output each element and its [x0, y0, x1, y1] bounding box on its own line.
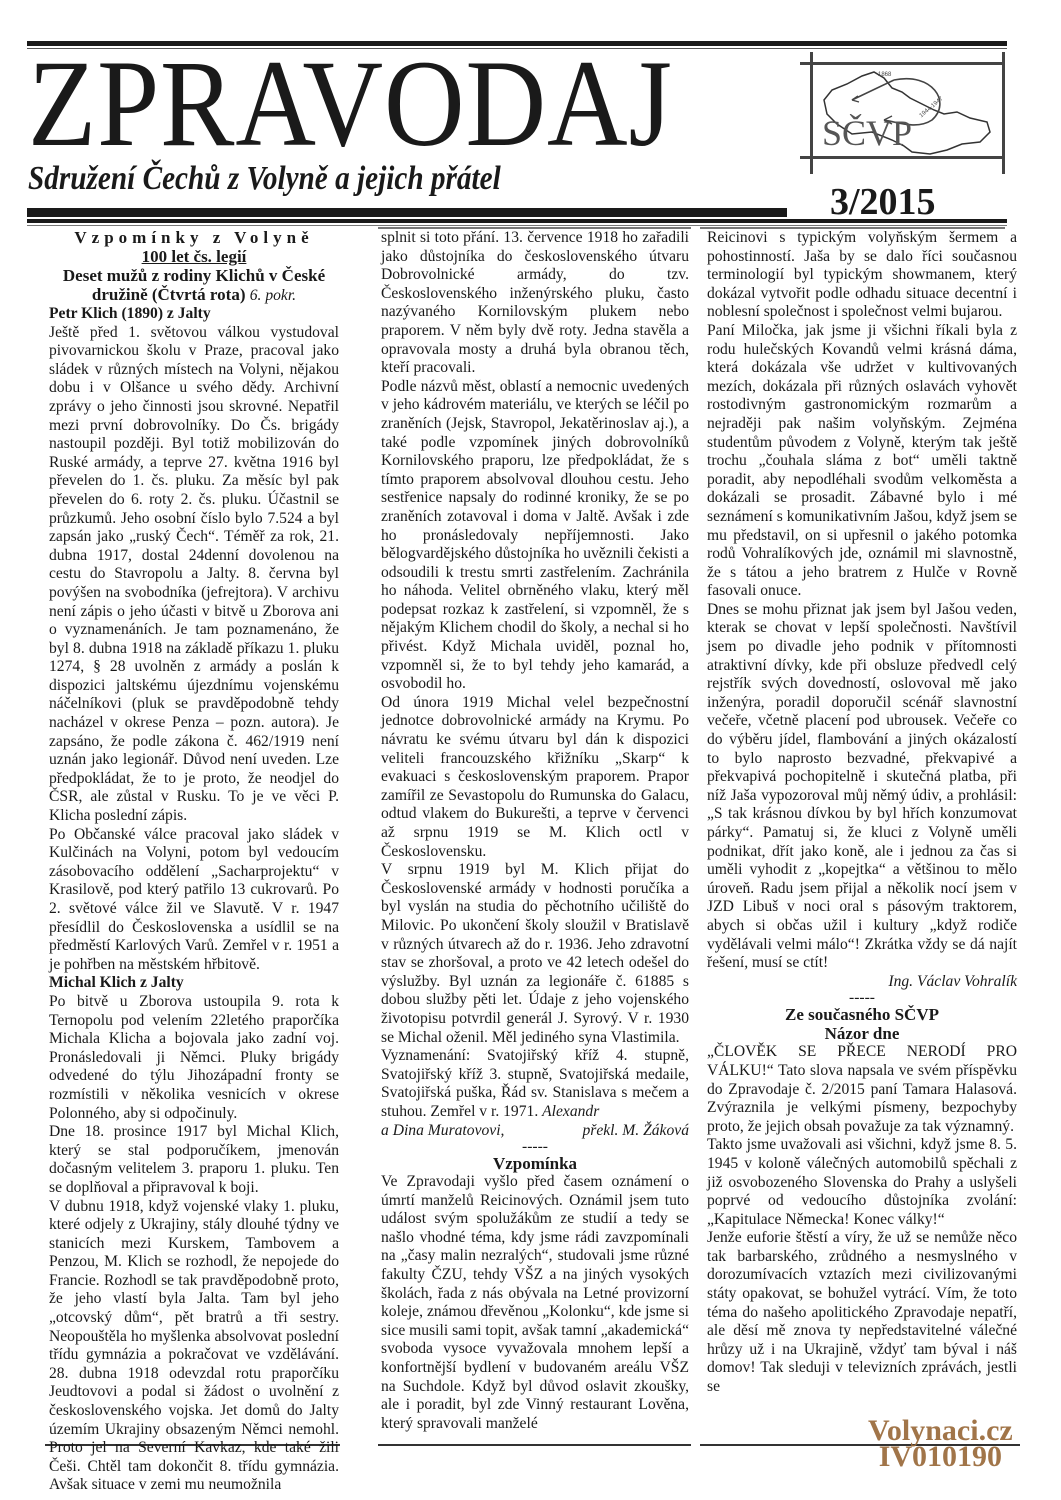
paragraph: Ve Zpravodaji vyšlo před časem oznámení … — [381, 1173, 689, 1433]
watermark-id: IV010190 — [868, 1444, 1013, 1470]
separator: ----- — [707, 991, 1017, 1005]
svg-text:1868: 1868 — [878, 72, 892, 78]
article-title: Deset mužů z rodiny Klichů v České druži… — [49, 266, 339, 305]
masthead-bottom-rule — [27, 208, 787, 217]
paragraph: Paní Miločka, jak jsme ji všichni říkali… — [707, 322, 1017, 601]
article-part: 6. pokr. — [250, 287, 296, 304]
paragraph: Jenže euforie štěstí a víry, že už se ne… — [707, 1229, 1017, 1396]
paragraph: V srpnu 1919 byl M. Klich přijat do Česk… — [381, 861, 689, 1047]
paragraph: Podle názvů měst, oblastí a nemocnic uve… — [381, 378, 689, 694]
paragraph: Po bitvě u Zborova ustoupila 9. rota k T… — [49, 993, 339, 1123]
section-title-vzpominka: Vzpomínka — [381, 1154, 689, 1173]
paragraph: Dne 18. prosince 1917 byl Michal Klich, … — [49, 1123, 339, 1197]
section-subtitle-nazor-dne: Názor dne — [707, 1024, 1017, 1043]
logo-text: SČVP — [822, 112, 912, 154]
paragraph: V dubnu 1918, když vojenské vlaky 1. plu… — [49, 1198, 339, 1496]
paragraph: Ještě před 1. světovou válkou vystudoval… — [49, 324, 339, 826]
subheading-michal-klich: Michal Klich z Jalty — [49, 974, 339, 993]
column2-bottom-rule — [378, 1444, 691, 1446]
newsletter-title: ZPRAVODAJ — [28, 42, 673, 166]
paragraph: Takto jsme uvažovali asi všichni, když j… — [707, 1136, 1017, 1229]
paragraph: splnit si toto přání. 13. července 1918 … — [381, 229, 689, 378]
masthead-bottom-rule-hairline — [27, 225, 1007, 226]
paragraph: Vyznamenání: Svatojiřský kříž 4. stupně,… — [381, 1047, 689, 1121]
section-title-scvp: Ze současného SČVP — [707, 1005, 1017, 1024]
paragraph: Po Občanské válce pracoval jako sládek v… — [49, 826, 339, 975]
watermark: Volynaci.cz IV010190 — [868, 1418, 1013, 1470]
issue-number: 3/2015 — [830, 180, 936, 224]
paragraph: Reicinovi s typickým volyňským šermem a … — [707, 229, 1017, 322]
section-heading: Vzpomínky z Volyně — [49, 229, 339, 247]
column-2: splnit si toto přání. 13. července 1918 … — [381, 229, 689, 1433]
masthead-bottom-rule-thin — [27, 219, 1007, 223]
subheading-petr-klich: Petr Klich (1890) z Jalty — [49, 305, 339, 324]
column-1: Vzpomínky z Volyně 100 let čs. legií Des… — [49, 229, 339, 1495]
paragraph: „ČLOVĚK SE PŘECE NERODÍ PRO VÁLKU!“ Tato… — [707, 1043, 1017, 1136]
paragraph: Od února 1919 Michal velel bezpečnostní … — [381, 694, 689, 861]
translator: překl. M. Žáková — [582, 1122, 689, 1141]
separator: ----- — [381, 1140, 689, 1154]
newsletter-subtitle: Sdružení Čechů z Volyně a jejich přátel — [28, 160, 501, 198]
series-heading: 100 let čs. legií — [49, 247, 339, 266]
authors: a Dina Muratovovi, — [381, 1122, 504, 1141]
column-3: Reicinovi s typickým volyňským šermem a … — [707, 229, 1017, 1397]
svg-text:1944-1947: 1944-1947 — [919, 96, 945, 119]
paragraph: Dnes se mohu přiznat jak jsem byl Jašou … — [707, 601, 1017, 973]
scvp-logo: 1868 1944-1947 SČVP — [800, 50, 1005, 175]
author-name: Alexandr — [542, 1103, 599, 1120]
